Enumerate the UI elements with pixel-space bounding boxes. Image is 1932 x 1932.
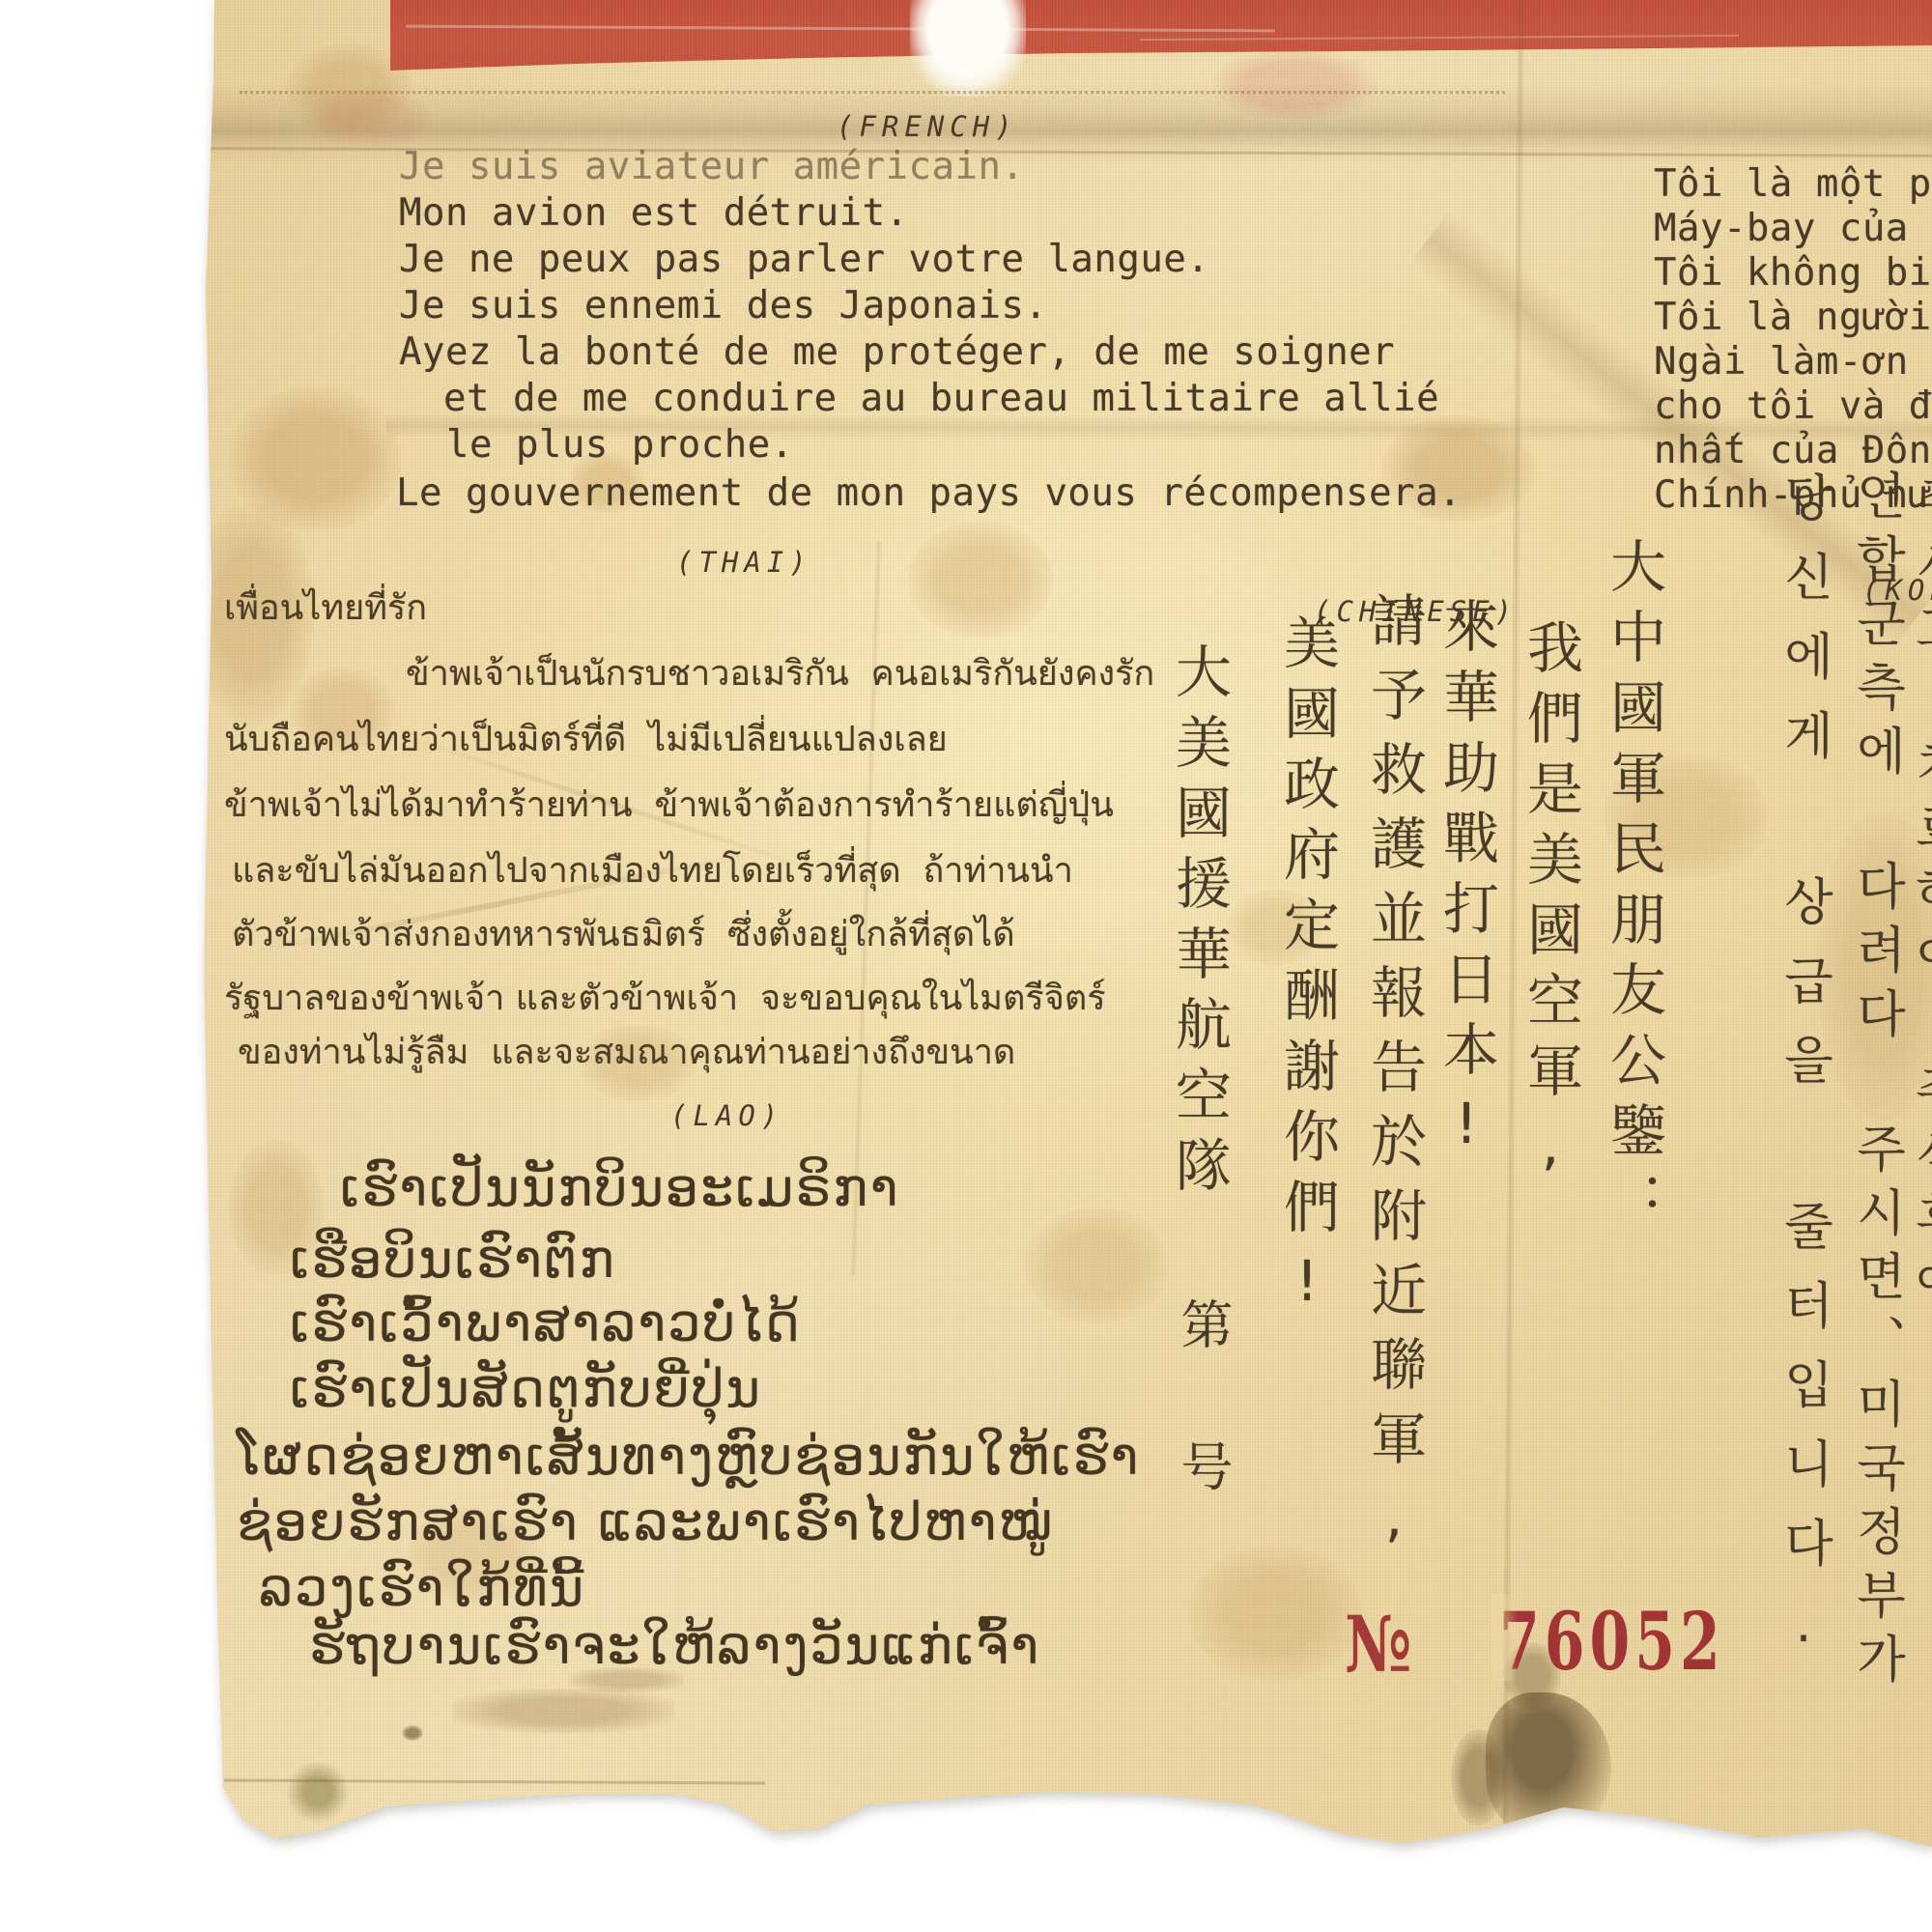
lao-line: ລວງເຮົາໃກ້ທີ່ນີ້ [259,1557,585,1618]
chinese-column: 美國政府定酬謝你們! [1266,613,1348,1328]
thai-line: ตัวข้าพเจ้าส่งกองทหารพันธมิตร์ ซึ่งตั้งอ… [232,906,1015,961]
thai-line: ข้าพเจ้าไม่ได้มาทำร้ายท่าน ข้าพเจ้าต้องก… [224,777,1114,832]
worn-hole [910,0,1026,97]
chinese-serial-suffix-char: 号 [1166,1439,1240,1492]
vietnamese-line: Ngài làm-ơn [1654,340,1909,384]
ink-blot [1451,1729,1505,1826]
thai-line: ข้าพเจ้าเป็นนักรบชาวอเมริกัน คนอเมริกันย… [406,645,1154,700]
thai-line: และขับไล่มันออกไปจากเมืองไทยโดยเร็วที่สุ… [232,842,1073,897]
vietnamese-line: cho tôi và đư [1654,384,1932,428]
french-line: et de me conduire au bureau militaire al… [443,377,1439,420]
vietnamese-line: Tôi không biế [1654,251,1932,295]
lao-line: ເຮົາເວົ້າພາສາລາວບໍ່ໄດ້ [290,1293,802,1353]
section-label-french: (FRENCH) [837,110,1018,143]
serial-number-symbol: № [1345,1600,1414,1690]
french-line: le plus proche. [446,423,794,467]
french-line: Mon avion est détruit. [399,191,909,235]
section-label-thai: (THAI) [676,546,812,579]
age-stain [286,43,412,135]
lao-line: ຮັຖບານເຮົາຈະໃຫ້ລາງວັນແກ່ເຈົ້າ [309,1615,1040,1676]
photo-of-blood-chit: (FRENCH) Je suis aviateur américain. Mon… [0,0,1932,1932]
thai-line: นับถือคนไทยว่าเป็นมิตร์ที่ดี ไม่มีเปลี่ย… [224,711,948,766]
thai-line: เพื่อนไทยที่รัก [224,580,427,635]
chinese-column: 大中國軍民朋友公鑒： [1593,537,1674,1242]
ink-speck [402,1725,423,1741]
lao-line: ຊ່ອຍຮັກສາເຮົາ ແລະພາເຮົາໄປຫາໝູ່ [237,1492,1054,1552]
vietnamese-line: Tôi là người [1654,296,1932,339]
lao-line: ເຮົາເປັນນັກບິນອະເມຣິກາ [340,1157,900,1218]
cloth-panel: (FRENCH) Je suis aviateur américain. Mon… [0,0,1932,1932]
thai-line: ของท่านไม่รู้ลืม และจะสมณาคุณท่านอย่างถึ… [238,1024,1015,1079]
faded-writing-smudge [452,1689,674,1733]
french-line: Je suis aviateur américain. [399,145,1024,188]
vietnamese-line: Máy-bay của t [1654,207,1932,250]
chinese-serial-prefix-char: 第 [1166,1297,1240,1350]
korean-column: 당신에게 상급을 줄터입니다. [1768,471,1840,1683]
lao-line: ໂຜດຊ່ອຍຫາເສັ້ນທາງຫຼົບຊ່ອນກັນໃຫ້ເຮົາ [237,1426,1141,1487]
french-line: Je suis ennemi des Japonais. [399,284,1047,327]
serial-number-value: 76052 [1499,1596,1725,1690]
french-line: Je ne peux pas parler votre langue. [399,238,1209,281]
french-line: Ayez la bonté de me protéger, de me soig… [399,330,1395,374]
chinese-column: 我們是美國空軍, [1510,618,1591,1192]
korean-column: 연합군측에 다려다 주시면、미국정부가 [1840,469,1913,1696]
vietnamese-line: Tôi là một ph [1654,162,1932,206]
age-stain [908,522,1053,638]
age-stain [1024,1207,1169,1323]
ink-speck [286,1760,350,1824]
chinese-column: 來華助戰打日本! [1426,597,1507,1171]
age-stain [1188,1546,1362,1681]
cloth-surface: (FRENCH) Je suis aviateur américain. Mon… [0,0,1932,1932]
section-label-lao: (LAO) [670,1099,783,1132]
french-line: Le gouvernement de mon pays vous récompe… [396,471,1462,515]
chinese-column: 大美國援華航空隊 [1158,642,1239,1207]
lao-line: ເຮົາເປັນສັດຕູກັບຍີ່ປຸ່ນ [290,1358,762,1419]
lao-line: ເຮືອບິນເຮົາຕົກ [290,1229,616,1290]
chinese-column: 請予救護並報告於附近聯軍, [1353,591,1435,1568]
vietnamese-line: nhất của Đông [1654,429,1932,472]
thai-line: รัฐบาลของข้าพเจ้า และตัวข้าพเจ้า จะขอบคุ… [224,970,1106,1025]
crease-fade-over-serial [1492,1594,1518,1681]
